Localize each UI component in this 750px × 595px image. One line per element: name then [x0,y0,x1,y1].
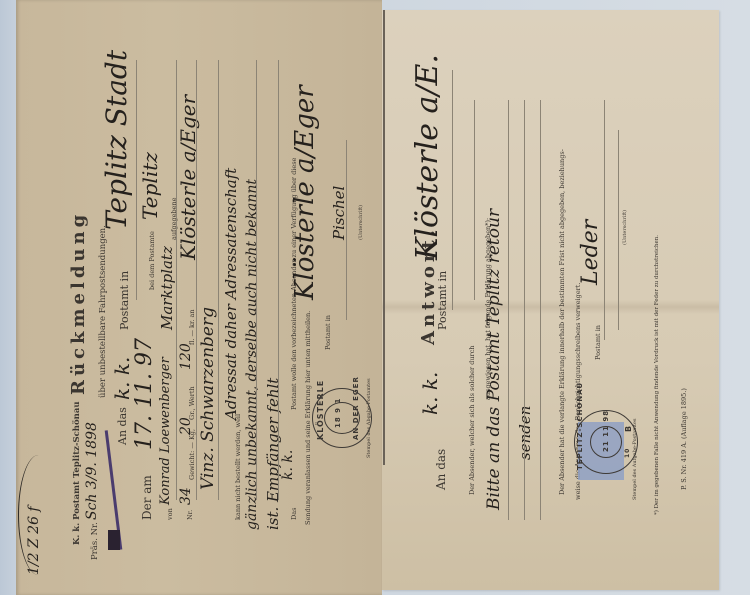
left-stamp-note: Stempel des Abgabe-Postamtes [366,378,372,458]
right-signature-label: (Unterschrift) [622,210,628,245]
reason-line-1: Adressat daher Adressatenschaft [222,168,240,420]
declaration-line-b [524,100,525,520]
das-value: k. k. [280,450,296,480]
sender-text: Der Absender, welcher sich als solcher d… [468,346,476,495]
postamt-label: Postamt in [118,271,131,330]
date-value: 17. 11. 97 [132,338,157,450]
nr-value: 34 [178,487,194,505]
reason-line-a [256,60,257,500]
postamt-underline [136,60,137,300]
aufgegeben-value: Marktplatz [158,246,176,330]
gewicht-label: Gewicht: — Kg, [188,429,196,480]
signature-line-left [346,140,347,320]
alt-text: Der Absender hat die verlangte Erklärung… [558,149,566,495]
right-postamt-in-line [604,100,605,340]
bei-value: Teplitz [138,152,162,220]
postmark-klosterle-date: 18 9 1 [334,398,342,428]
nr-line [196,60,197,500]
left-form-subtitle: über unbestellbare Fahrpostsendungen. [98,225,108,398]
das-label: Das [290,508,298,520]
bei-label: bei dem Postamte [148,231,156,290]
nr-label: Nr. [186,510,194,520]
waehrung-label: fl. — kr. an [188,309,196,345]
recipient-value: Vinz. Schwarzenberg [198,307,218,490]
sender-line [474,100,475,300]
header-stamp: K. k. Postamt Teplitz-Schönau [72,401,82,545]
postamt-in-label: Postamt in [324,315,332,350]
ink-blot [108,530,120,550]
reason-line-b [278,60,279,500]
right-postamt-underline [452,70,453,310]
right-stamp-note: Stempel des Aufgabe-Postamtes [632,418,638,500]
date-label: Der am [140,475,154,520]
left-signature-label: (Unterschrift) [358,205,364,240]
file-note-bracket [18,455,59,575]
request-line-2: Sendung veranlassen und seine Erklärung … [304,311,312,525]
ref-handwritten: Sch 3/9. 1898 [84,422,100,520]
ref-number-label: Präs. Nr. [90,522,100,560]
postmark-teplitz-date: 21 11 98 [602,410,610,452]
reason-label: kann nicht bestellt werden, weil [234,414,242,520]
fold-crease [383,10,385,465]
right-postamt-value: Klösterle a/E. [410,54,445,260]
declaration-line-a [508,100,509,520]
form-number: P. S. Nr. 419 A. (Auflage 1895.) [680,388,688,490]
werth-value: 120 [178,343,194,370]
addressee-label: An das [116,407,129,445]
footnote: *) Der im gegebenen Falle nicht Anwendun… [654,235,660,515]
von-label: von [166,508,174,520]
declaration-line-1: Bitte an das Postamt Teplitz retour [484,209,504,510]
postmark-klosterle-bottom: AN DER EGER [352,376,360,440]
postmark-teplitz-top: TEPLITZ-SCHÖNAU [576,382,584,470]
postmark-teplitz-number: 10 [624,448,631,458]
recipient-line [218,60,219,500]
postamt-value: Teplitz Stadt [100,50,133,230]
declaration-line-c [540,100,541,520]
right-addressee-label: An das [434,449,448,490]
left-form-title: Rückmeldung [68,211,89,395]
werth-label: Gr., Werth [188,386,196,420]
postmark-klosterle-top: KLÖSTERLE [316,380,325,440]
right-signature-line [618,130,619,330]
declaration-line-2: senden [516,406,534,460]
right-postamt-label: Postamt in [436,271,449,330]
addressee-value: k. k. [110,357,134,400]
von-value: Konrad Loewenberger [158,357,173,505]
right-signature: Leder [578,220,603,285]
postamt-in-value: Klösterle a/Eger [290,85,320,300]
right-addressee-value: k. k. [418,372,442,415]
reason-line-2: gänzlich unbekannt, derselbe auch nicht … [244,179,260,530]
right-postamt-in-label: Postamt in [594,325,602,360]
